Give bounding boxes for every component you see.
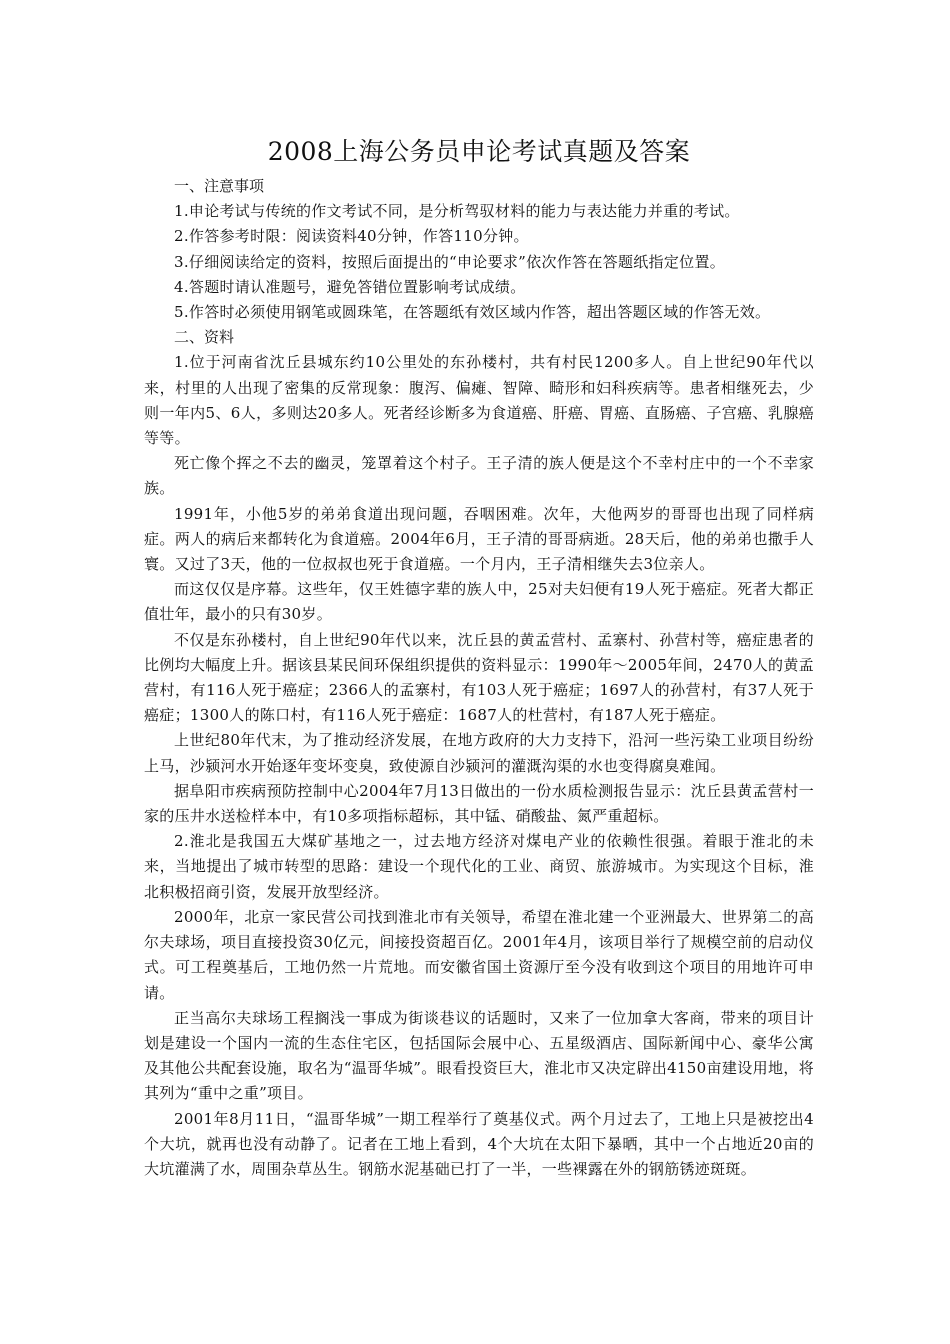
paragraph: 而这仅仅是序幕。这些年，仅王姓德字辈的族人中，25对夫妇便有19人死于癌症。死者… bbox=[144, 577, 814, 627]
section-heading: 一、注意事项 bbox=[144, 174, 814, 199]
paragraph: 不仅是东孙楼村，自上世纪90年代以来，沈丘县的黄孟营村、孟寨村、孙营村等，癌症患… bbox=[144, 628, 814, 729]
paragraph: 正当高尔夫球场工程搁浅一事成为街谈巷议的话题时，又来了一位加拿大客商，带来的项目… bbox=[144, 1006, 814, 1107]
paragraph: 2000年，北京一家民营公司找到淮北市有关领导，希望在淮北建一个亚洲最大、世界第… bbox=[144, 905, 814, 1006]
paragraph: 据阜阳市疾病预防控制中心2004年7月13日做出的一份水质检测报告显示：沈丘县黄… bbox=[144, 779, 814, 829]
document-page: 2008上海公务员申论考试真题及答案 一、注意事项 1.申论考试与传统的作文考试… bbox=[144, 132, 814, 1182]
document-title: 2008上海公务员申论考试真题及答案 bbox=[144, 132, 814, 172]
section-heading: 二、资料 bbox=[144, 325, 814, 350]
note-item: 3.仔细阅读给定的资料，按照后面提出的“申论要求”依次作答在答题纸指定位置。 bbox=[144, 250, 814, 275]
note-item: 2.作答参考时限：阅读资料40分钟，作答110分钟。 bbox=[144, 224, 814, 249]
note-item: 1.申论考试与传统的作文考试不同，是分析驾驭材料的能力与表达能力并重的考试。 bbox=[144, 199, 814, 224]
note-item: 4.答题时请认准题号，避免答错位置影响考试成绩。 bbox=[144, 275, 814, 300]
paragraph: 死亡像个挥之不去的幽灵，笼罩着这个村子。王子清的族人便是这个不幸村庄中的一个不幸… bbox=[144, 451, 814, 501]
section-materials: 二、资料 1.位于河南省沈丘县城东约10公里处的东孙楼村，共有村民1200多人。… bbox=[144, 325, 814, 1182]
section-notes: 一、注意事项 1.申论考试与传统的作文考试不同，是分析驾驭材料的能力与表达能力并… bbox=[144, 174, 814, 325]
paragraph: 上世纪80年代末，为了推动经济发展，在地方政府的大力支持下，沿河一些污染工业项目… bbox=[144, 728, 814, 778]
paragraph: 1991年，小他5岁的弟弟食道出现问题，吞咽困难。次年，大他两岁的哥哥也出现了同… bbox=[144, 502, 814, 578]
paragraph: 2001年8月11日，“温哥华城”一期工程举行了奠基仪式。两个月过去了，工地上只… bbox=[144, 1107, 814, 1183]
paragraph: 2.淮北是我国五大煤矿基地之一，过去地方经济对煤电产业的依赖性很强。着眼于淮北的… bbox=[144, 829, 814, 905]
note-item: 5.作答时必须使用钢笔或圆珠笔，在答题纸有效区域内作答，超出答题区域的作答无效。 bbox=[144, 300, 814, 325]
paragraph: 1.位于河南省沈丘县城东约10公里处的东孙楼村，共有村民1200多人。自上世纪9… bbox=[144, 350, 814, 451]
